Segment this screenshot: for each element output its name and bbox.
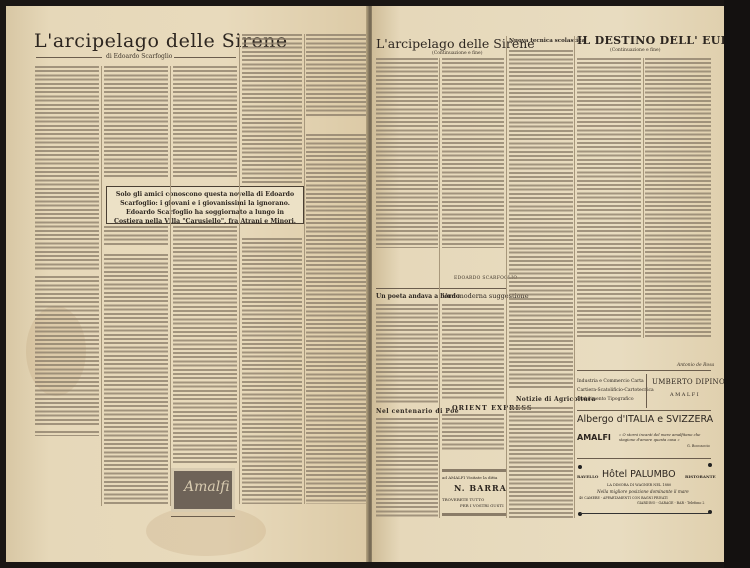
barra-line-1: ad AMALFI Visitate la ditta [442, 475, 497, 480]
article-byline: di Edoardo Scarfoglio [106, 53, 172, 60]
palumbo-line-1: 40 CAMERE - APPARTAMENTI CON BAGNI PRIVA… [579, 496, 668, 500]
callout-text: Solo gli amici conoscono questa novella … [113, 190, 297, 226]
dipino-advertisement: UMBERTO DIPINO AMALFI [652, 378, 712, 408]
industry-line-2: Cartiera-Scatolificio-Cartotecnica [577, 388, 654, 393]
text-column [104, 226, 168, 246]
text-column [35, 66, 99, 271]
text-column [306, 34, 366, 118]
text-column [509, 50, 573, 390]
albergo-advertisement: Albergo d'ITALIA e SVIZZERA AMALFI « O s… [577, 414, 717, 454]
text-column [173, 66, 237, 178]
albergo-name: Albergo d'ITALIA e SVIZZERA [577, 414, 713, 425]
text-column [242, 34, 302, 184]
image-underline [171, 516, 235, 517]
barra-line-3: PER I VOSTRI GUSTI [460, 503, 504, 508]
text-column [645, 58, 711, 338]
dark-background-edge [724, 0, 750, 568]
palumbo-line-2: GIARDINO - GARAGE - BAR - Telefono 2 [637, 501, 705, 505]
palumbo-town: RAVELLO [577, 474, 598, 479]
byline-rule-right [174, 57, 236, 58]
albergo-place: AMALFI [577, 433, 611, 442]
text-column [173, 226, 237, 464]
europe-author: Antonio de Rosa [677, 363, 714, 368]
industry-advertisement: Industria e Commercio Carta Cartiera-Sca… [577, 376, 647, 408]
left-newspaper-page: L'arcipelago delle Sirene di Edoardo Sca… [6, 6, 368, 562]
right-newspaper-page: L'arcipelago delle Sirene (Continuazione… [372, 6, 724, 562]
dipino-place: AMALFI [670, 392, 700, 398]
text-column [442, 304, 504, 399]
europe-note: (Continuazione e fine) [610, 48, 660, 53]
palumbo-suffix: RISTORANTE [685, 474, 716, 479]
illustration-caption: Amalfi [184, 479, 230, 495]
article-signature: EDOARDO SCARFOGLIO [454, 276, 517, 281]
industry-line-1: Industria e Commercio Carta [577, 379, 644, 384]
continuation-note: (Continuazione e fine) [432, 51, 482, 56]
text-column [376, 418, 438, 518]
text-column [35, 431, 99, 436]
industry-line-3: Stabilimento Tipografico [577, 397, 634, 402]
text-column [577, 58, 641, 338]
palumbo-subtitle: LA DIMORA DI WAGNER NEL 1880 [607, 483, 671, 487]
callout-box: Solo gli amici conoscono questa novella … [106, 186, 304, 224]
palumbo-advertisement: RAVELLO Hôtel PALUMBO RISTORANTE LA DIMO… [577, 469, 717, 511]
text-column [104, 66, 168, 178]
byline-rule-left [36, 57, 102, 58]
europe-headline: IL DESTINO DELL' EUROPA [577, 34, 724, 47]
text-column [35, 276, 99, 426]
text-column [509, 407, 573, 519]
text-column [442, 414, 504, 450]
palumbo-tagline: Nella migliore posizione dominante il ma… [597, 489, 689, 494]
barra-advertisement: ad AMALFI Visitate la ditta N. BARRA TRO… [442, 471, 506, 517]
albergo-quote: « O storni incanti del mare amalfitano c… [619, 432, 711, 442]
text-column [242, 238, 302, 504]
text-column [104, 254, 168, 504]
amalfi-illustration: Amalfi [171, 468, 235, 512]
barra-name: N. BARRA [454, 483, 507, 493]
palumbo-name: Hôtel PALUMBO [602, 469, 676, 480]
albergo-quote-author: G. Boccaccio [687, 444, 710, 448]
text-column [306, 134, 366, 504]
text-column [442, 58, 504, 248]
barra-line-2: TROVERETE TUTTO [442, 497, 484, 502]
text-column [376, 58, 438, 248]
dipino-name: UMBERTO DIPINO [652, 378, 724, 386]
text-column [376, 304, 438, 404]
